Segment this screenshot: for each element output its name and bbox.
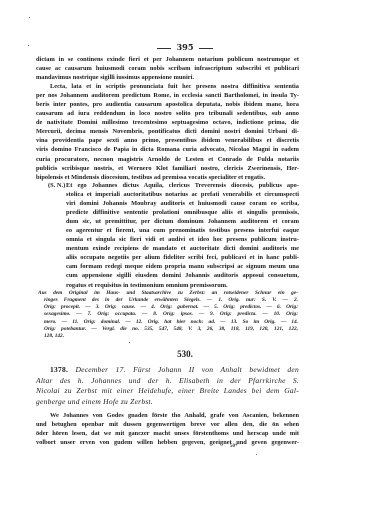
text-line: Et ego Johannes dictus Aquila, clericus … [36,181,299,190]
scan-speck [29,17,30,18]
footnote-line: 128, 142. [44,333,298,340]
text-line: cause ac causarum huiusmodi coram nobis … [36,64,299,73]
document-number: 530. [0,349,370,359]
page-number: 395 [176,42,193,52]
scan-speck [256,454,257,455]
text-line: predicte diffinitive sententie prolation… [36,208,299,217]
text-line: mentum exinde recipiens de mandato et au… [36,244,299,253]
header-dash-right [199,48,213,49]
text-line: curia procuratore, necnon magistris Arno… [36,155,299,164]
footnote-line: ringes Fragment des in der Urkunde erwäh… [44,297,298,304]
regest-line: genberge und einem Hofe zu Zerbst. [36,397,299,408]
german-text-block: We Johannes von Godes gnaden förste tho … [36,411,299,447]
text-line: dum sic, ut premittitur, per dictum domi… [36,217,299,226]
regest-text: December 17. Fürst Johann II von Anhalt … [75,365,299,374]
text-line: dictam in se continens exinde fieri et p… [36,55,299,64]
page-header: 395 [0,42,370,52]
text-line: beris inter pontes, pro audientia causar… [36,100,299,109]
text-line: öder hören lesen, dat we mit ganczer mac… [36,429,299,438]
document-year: 1378. [50,365,68,374]
text-line: rogatus et requisitus in testimonium omn… [36,281,299,290]
text-line: eo agerentur et fierent, una cum prenomi… [36,226,299,235]
footnote-apparatus: Aus dem Original im Haus- und Staatsarch… [44,290,298,340]
text-line: Mercurii, decima mensis Novembris, ponti… [36,127,299,136]
text-line: vina providentia pape sexti anno primo, … [36,136,299,145]
footnote-line: Aus dem Original im Haus- und Staatsarch… [38,290,298,297]
header-dash-left [157,48,171,49]
footnote-line: Orig: procepit. — 3. Orig: cause. — 4. O… [44,304,298,311]
text-line: de nativitate Domini millesimo trecentes… [36,118,299,127]
text-line: We Johannes von Godes gnaden förste tho … [36,411,299,420]
text-line: publicis scribisque nostris, et Wernero … [36,164,299,173]
signature-mark: 50* [230,444,238,449]
text-line: viri domini Johannis Moubray auditoris e… [36,199,299,208]
document-page: 395 dictam in se continens exinde fieri … [0,0,370,512]
footnote-line: sexagesimo. — 7. Orig: occupata. — 8. Or… [44,311,298,318]
text-line: aliis occupato negotiis per alium fideli… [36,253,299,262]
signum-notarii-label: (S. N.) [48,181,65,190]
regest-line: Nicolai zu Zerbst mit einer Heidehufe, e… [36,386,299,397]
footnote-line: mero. — 11. Orig: dominal. — 12. Orig. h… [44,319,298,326]
text-line: cam formam redegi meque eidem propria ma… [36,262,299,271]
regest-block: 1378. December 17. Fürst Johann II von A… [36,365,299,407]
text-line: omnia et singula sic fieri vidi et audiv… [36,235,299,244]
text-line: Lecta, lata et in scriptis pronunciata f… [36,82,299,91]
text-line: per nos Johannem auditorem predictum Rom… [36,91,299,100]
text-line: stolica et imperiali auctoritatibus nota… [36,190,299,199]
scan-speck [129,342,130,343]
text-line: volbort unser erven von gudem willen heb… [36,438,299,447]
notary-subscription: (S. N.) Et ego Johannes dictus Aquila, c… [36,181,299,290]
latin-text-block: dictam in se continens exinde fieri et p… [36,55,299,182]
text-line: viris domino Francisco de Papia in dicta… [36,145,299,154]
text-line: mandavimus nostrique sigilli iussimus ap… [36,73,299,82]
text-line: cum appensione sigilli eiusdem domini Jo… [36,271,299,280]
text-line: und betughen openbar mit dussen gegenwer… [36,420,299,429]
regest-line: 1378. December 17. Fürst Johann II von A… [36,365,299,376]
footnote-line: Orig: potebantur. — Vergl. die no. 535, … [44,326,298,333]
regest-line: Altar des h. Johannes und der h. Elisabe… [36,376,299,387]
text-line: causarum ad iura reddendum in loco nostr… [36,109,299,118]
